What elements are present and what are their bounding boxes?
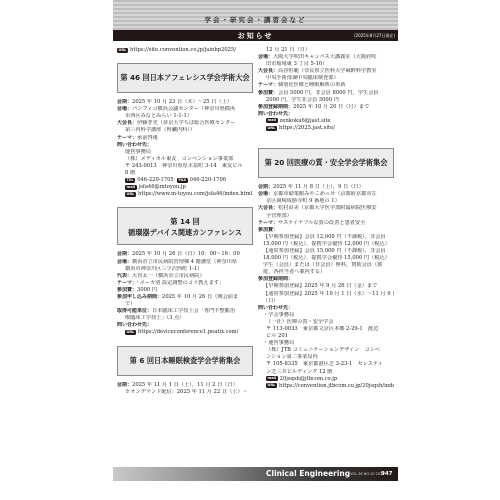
event-theme: テーマ：サステイナブルな質の改善と患者安全 bbox=[258, 220, 394, 227]
event-credit: 取得可能単位：日本臨床工学技士会「専門不整脈治 bbox=[117, 308, 253, 315]
event-fee-label: 参加費： bbox=[258, 227, 394, 234]
event-chair-cont: 第三内科学講座（腎臓内科）） bbox=[117, 127, 253, 134]
contact-line: ・学会事務局 bbox=[258, 312, 394, 319]
fee-line: 遊，各担当者へ案内する） bbox=[258, 269, 394, 276]
event-contact-label: 問い合わせ先： bbox=[258, 305, 394, 312]
contact-line: 運営事務局 bbox=[117, 149, 253, 156]
event-venue: 会場：パシフィコ横浜会議センター（神奈川県横浜 bbox=[117, 106, 253, 113]
fax-number: 046-220-1706 bbox=[190, 177, 227, 183]
url-line: URLhttps://2025.jast.site/ bbox=[258, 125, 394, 132]
contact-line: （株）JTB コミュニケーションデザイン コンベ bbox=[258, 347, 394, 354]
event-chair-cont: 全管理部） bbox=[258, 213, 394, 220]
event-venue: 会場：横浜市立市民病院管理棟 4 階講堂（神奈川県 bbox=[117, 259, 253, 266]
contact-line: 8 階 bbox=[117, 170, 253, 177]
event-rep: 代表：大谷太一（横浜市立市民病院） bbox=[117, 273, 253, 280]
event-contact-label: 問い合わせ先： bbox=[258, 111, 394, 118]
url-icon: URL bbox=[266, 383, 277, 388]
top-url-line: URLhttps://site.convention.co.jp/jainbp2… bbox=[117, 47, 253, 54]
reg-line: （日） bbox=[258, 298, 394, 305]
url-link[interactable]: https://2025.jast.site/ bbox=[279, 125, 335, 131]
event-venue: 会場：京都市勧業館みやこめっせ（京都府京都市左 bbox=[258, 191, 394, 198]
event-registration-label: 参加登録期間： bbox=[258, 276, 394, 283]
mail-line: mailjsfa46@mtoyou.jp bbox=[117, 184, 253, 191]
event-fee: 参加費：会員 5000 円，非会員 8000 円，学生会員 bbox=[258, 90, 394, 97]
contact-line: 〒 243-0013 神奈川県厚木泉町 3-14 東友ビル bbox=[117, 163, 253, 170]
reg-line: 【通常参加登録】2025 年 10 月 1 日（水）～11 月 9 日 bbox=[258, 291, 394, 298]
event-dates: 会期：2025 年 10 月 23 日（木）～25 日（土） bbox=[117, 99, 253, 106]
url-line: URLhttps://convention.jtbcom.co.jp/20jsq… bbox=[258, 383, 394, 390]
url-icon: URL bbox=[117, 48, 128, 53]
event-period-cont: で） bbox=[117, 301, 253, 308]
mail-line: mail20jsqsh@jtbcom.co.jp bbox=[258, 376, 394, 383]
event-fee-cont: 2000 円，学生非会員 3000 円 bbox=[258, 97, 394, 104]
url-icon: URL bbox=[266, 126, 277, 131]
url-line: URLhttps://www.m-toyou.com/jsfa46/index.… bbox=[117, 191, 253, 198]
mail-icon: mail bbox=[266, 118, 278, 123]
contact-line: ンション第二事業局内 bbox=[258, 354, 394, 361]
event-registration: 参加登録期間：2025 年 10 月 20 日（月）まで bbox=[258, 104, 394, 111]
event-chair: 大会長：松村由美（京都大学医学部附属病院医療安 bbox=[258, 205, 394, 212]
event-theme: テーマ：個別化医療と睡眠解析の革新 bbox=[258, 82, 394, 89]
mail-line: mailzenkoku6@jast.site bbox=[258, 118, 394, 125]
notice-page: 学会・研究会・講習会など お知らせ (2025年8月27日現在) URLhttp… bbox=[113, 0, 398, 500]
right-column: 12 月 21 日（日） 会場：大阪大学吹田キャンパス大講義室（大阪府吹 田市船… bbox=[258, 47, 394, 390]
event-ondemand: ※オンデマンド配信：2025 年 11 月 22 日（土）～ bbox=[117, 389, 253, 396]
url-icon: URL bbox=[125, 192, 136, 197]
url-link[interactable]: https://convention.jtbcom.co.jp/20jsqsh/… bbox=[279, 383, 394, 389]
footer-band: Clinical Engineering VOL.36 NO.10 2025 9… bbox=[113, 467, 398, 481]
mail-icon: mail bbox=[125, 185, 137, 190]
top-url-link[interactable]: https://site.convention.co.jp/jainbp2025… bbox=[130, 47, 236, 53]
fee-line: 学生（会員）または（非会員）無料，賛助会員（割 bbox=[258, 262, 394, 269]
event-theme: テーマ：承前啓後 bbox=[117, 135, 253, 142]
event-theme: テーマ：「メーカ別 設定調整のコツ教えます」 bbox=[117, 280, 253, 287]
contact-line: ン芝三井ビルディング 12 階 bbox=[258, 369, 394, 376]
header-band: 学会・研究会・講習会など bbox=[113, 0, 398, 30]
contact-line: （一社）医療の質・安全学会 bbox=[258, 319, 394, 326]
mail-link[interactable]: zenkoku6@jast.site bbox=[280, 118, 331, 124]
fax-icon: FAX bbox=[177, 178, 188, 183]
event-venue-cont: 京区岡崎成勝寺町 9 番地の 1） bbox=[258, 198, 394, 205]
mail-icon: mail bbox=[266, 376, 278, 381]
event-chair-cont: 中央手術部兼中央臨床検査部） bbox=[258, 75, 394, 82]
title-bar: お知らせ (2025年8月27日現在) bbox=[113, 30, 398, 41]
mail-link[interactable]: 20jsqsh@jtbcom.co.jp bbox=[280, 376, 338, 382]
event-chair: 大会長：伊藤孝史（帝京大学ちば総合医療センター bbox=[117, 120, 253, 127]
section-category: 学会・研究会・講習会など bbox=[113, 15, 398, 24]
as-of-date: (2025年8月27日現在) bbox=[354, 33, 395, 39]
event-venue-cont: 市西区みなとみらい 1-1-1） bbox=[117, 113, 253, 120]
event-fee: 参加費：3000 円 bbox=[117, 287, 253, 294]
event-title-quality-safety: 第 20 回医療の質・安全学会学術集会 bbox=[258, 148, 394, 178]
contact-line: 〒 105-8335 東京都港区芝 3-23-1 セレスティ bbox=[258, 361, 394, 368]
contact-line: ・運営事務局 bbox=[258, 340, 394, 347]
event-title-apheresis: 第 46 回日本アフェレシス学会学術大会 bbox=[117, 63, 253, 93]
event-contact-label: 問い合わせ先： bbox=[117, 322, 253, 329]
event-title-sleep: 第 6 回日本睡眠検査学会学術集会 bbox=[117, 346, 253, 376]
fee-line: 15,000 円（税込），提携学会優待 12,000 円（税込） bbox=[258, 241, 394, 248]
event-contact-label: 問い合わせ先： bbox=[117, 142, 253, 149]
tel-number: 046-220-1705 bbox=[137, 177, 174, 183]
url-icon: URL bbox=[125, 330, 136, 335]
mail-link[interactable]: jsfa46@mtoyou.jp bbox=[139, 184, 186, 190]
event-credit-cont: 療臨床工学技士」（3 点） bbox=[117, 315, 253, 322]
tel-icon: TEL bbox=[125, 178, 135, 183]
event-title-cardio-device: 第 14 回 循環器デバイス関連カンファレンス bbox=[117, 207, 253, 245]
cont-date: 12 月 21 日（日） bbox=[258, 47, 394, 54]
event-venue-cont: 横浜市神奈川区三ツ沢西町 1-1） bbox=[117, 266, 253, 273]
url-link[interactable]: https://deviceconference1.peatix.com/ bbox=[138, 329, 238, 335]
magazine-title: Clinical Engineering bbox=[266, 469, 350, 478]
url-line: URLhttps://deviceconference1.peatix.com/ bbox=[117, 329, 253, 336]
reg-line: 【早期参加登録】2025 年 9 月 26 日（金）まで bbox=[258, 283, 394, 290]
event-venue: 会場：大阪大学吹田キャンパス大講義室（大阪府吹 bbox=[258, 54, 394, 61]
event-dates: 会期：2025 年 10 月 26 日（日）10：00～16：00 bbox=[117, 251, 253, 258]
event-venue-cont: 田市船場東 3 丁目 5-10） bbox=[258, 61, 394, 68]
url-link[interactable]: https://www.m-toyou.com/jsfa46/index.htm… bbox=[138, 191, 252, 197]
page-number: 947 bbox=[381, 471, 392, 477]
contact-line: ビル 201 bbox=[258, 333, 394, 340]
event-chair: 大会長：高谷恒範（奈良県立医科大学麻酔科学教室 bbox=[258, 68, 394, 75]
event-dates: 会期：2025 年 11 月 1 日（土），11 月 2 日（日） bbox=[117, 382, 253, 389]
fee-line: 【早期参加登録】会員 12,000 円（不課税），非会員 bbox=[258, 234, 394, 241]
event-dates: 会期：2025 年 11 月 8 日（土），9 日（日） bbox=[258, 184, 394, 191]
volume-info: VOL.36 NO.10 2025 bbox=[350, 472, 385, 476]
fee-line: 【通常参加登録】会員 15,000 円（不課税），非会員 bbox=[258, 248, 394, 255]
contact-line: （株）メディカル東友 コンベンション事業部 bbox=[117, 156, 253, 163]
left-column: URLhttps://site.convention.co.jp/jainbp2… bbox=[117, 47, 253, 396]
event-period: 参加申し込み期間：2025 年 10 月 26 日（開会前ま bbox=[117, 294, 253, 301]
tel-fax-line: TEL046-220-1705 FAX046-220-1706 bbox=[117, 177, 253, 184]
fee-line: 18,000 円（税込），提携学会優待 15,000 円（税込） bbox=[258, 255, 394, 262]
contact-line: 〒 113-0033 東京都文京区本郷 2-29-1 渡辺 bbox=[258, 326, 394, 333]
